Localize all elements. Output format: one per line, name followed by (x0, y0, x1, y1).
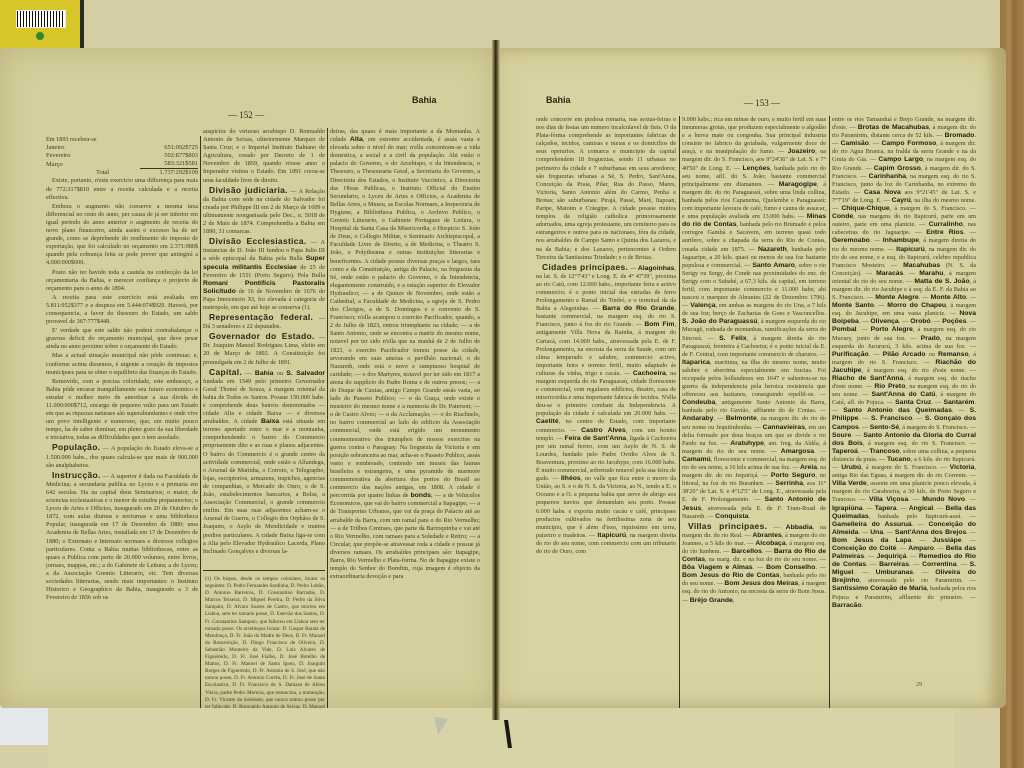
page-number-right: — 153 — (744, 98, 780, 108)
left-col-2: auspicios do virtuoso arcebispo D. Romua… (203, 128, 325, 570)
text-run: . — (919, 294, 931, 301)
text-run: . — (931, 318, 943, 325)
section-populacao: População. — A população do Estado eleva… (46, 443, 198, 469)
place-name: Matta de S. João (914, 278, 969, 285)
text-run: , banhada pelo Itapicurú-assú. — (869, 513, 976, 520)
section-representacao: Representação federal. — Dá 3 senadores … (203, 313, 325, 331)
place-name: Itaparica (682, 359, 710, 366)
place-name: Olivença (870, 318, 898, 325)
text-run: ou (926, 351, 938, 358)
text-run: . — (896, 545, 908, 552)
place-name: Gamelleira do Assuruá (832, 521, 912, 528)
place-name: Cannavieiras (763, 424, 805, 431)
place-name: S. Felix (719, 335, 746, 342)
place-name: Santa Cruz (895, 399, 931, 406)
place-name: Conceição do Coité (832, 545, 896, 552)
left-page: — 152 — Bahia Em 1893 recebeu-se Janeiro… (0, 48, 496, 708)
place-name: Maragogipe (779, 181, 817, 188)
place-name: Urubú (841, 464, 861, 471)
place-name: Itapicurú (896, 246, 925, 253)
place-name: Macahubas (903, 262, 940, 269)
text-run: . — (857, 326, 871, 333)
place-name: Itapicurú (597, 532, 626, 539)
text-run: , á margem esq. do rio d'este nome. — (861, 367, 976, 374)
paragraph: 9.000 habs.; rica em minas de ouro, e mu… (682, 116, 826, 521)
place-name: Monte Santo (832, 302, 874, 309)
section-instrucao: Instrucção. — A superior é dada na Facul… (46, 471, 198, 603)
text-run: . — (753, 564, 767, 571)
text-run: . — (858, 529, 870, 536)
text-run: . — (962, 537, 976, 544)
text-run: . — (966, 529, 976, 536)
place-name: Conquista (715, 513, 748, 520)
place-name: Belmonte (726, 415, 757, 422)
place-name: Nazareth (758, 246, 787, 253)
text-run: , na marg. dir. e na foz do rio do seu n… (705, 556, 826, 563)
place-name: Amargosa (781, 448, 814, 455)
place-name: Mundo Novo (922, 496, 965, 503)
text-run: . — (858, 415, 871, 422)
right-col-1: onde concorre em piedosa romaria, nas se… (536, 116, 676, 708)
place-name: Pombal (832, 326, 857, 333)
place-name: Joazeiro (788, 148, 816, 155)
section-title: Instrucção. (52, 470, 101, 480)
column-rule (327, 128, 328, 708)
place-name: Monte Alegre (875, 294, 918, 301)
text-run: . — (934, 545, 946, 552)
place-name: Curralinho (929, 221, 963, 228)
place-name: Castro Alves (581, 427, 626, 434)
text-run: . — (863, 505, 875, 512)
place-name: Campo Largo (878, 156, 923, 163)
table-row: Fevereiro502:877$803 (46, 152, 198, 160)
paragraph: Embora o augmento não conserve a mesma t… (46, 203, 198, 268)
text-run: . — (858, 448, 869, 455)
place-name: Sant'Anna do Catú (872, 391, 936, 398)
text-run: . — (899, 318, 911, 325)
text-run: . — (866, 561, 879, 568)
place-name: Ilhéos (561, 475, 581, 482)
place-name: Barreiras (879, 561, 909, 568)
right-col-3: entre os rios Tamanduá e Brejo Grande, n… (832, 116, 976, 708)
text-run: . — (903, 270, 919, 277)
place-name: Bom Conselho (766, 564, 815, 571)
place-name: Monte Alto (931, 294, 966, 301)
table-row: Janeiro651:092$725 (46, 144, 198, 152)
text-run: . — (911, 537, 932, 544)
place-name: Sento-Sé (870, 424, 899, 431)
place-name: Conde (832, 213, 853, 220)
place-name: Capim Grosso (874, 165, 921, 172)
place-name: Angical (909, 505, 934, 512)
text-run: . — (859, 424, 870, 431)
right-page: Bahia — 153 — onde concorre em piedosa r… (496, 48, 1006, 708)
place-name: Jussiápe (932, 537, 961, 544)
place-name: Victoria (950, 464, 975, 471)
place-name: Pilão Arcado (883, 351, 926, 358)
text-run: . — (912, 415, 925, 422)
place-name: Entre Rios (926, 229, 963, 236)
place-name: Chique-Chique (841, 205, 889, 212)
place-name: Casa Nova (864, 189, 901, 196)
text-run: . — (952, 407, 970, 414)
place-name: Areia (800, 464, 817, 471)
place-name: Brotas de Macahubas (858, 124, 929, 131)
section-governador: Governador do Estado. — Dr. Joaquim Mano… (203, 332, 325, 366)
section-cidades: Cidades principaes. — Alagoinhas, na lat… (536, 263, 676, 556)
paragraph: onde concorre em piedosa romaria, nas se… (536, 116, 676, 262)
place-name: Cayrú (892, 197, 911, 204)
text-run: . — (851, 432, 863, 439)
place-name: Maracás (876, 270, 903, 277)
place-name: Poções (942, 318, 966, 325)
text-run: , na margem esquerda do rio Paraguassú, … (536, 370, 676, 417)
place-name: Taperoá (832, 448, 858, 455)
place-name: Caetité (536, 418, 559, 425)
place-name: Villa Verde (832, 480, 867, 487)
revenue-intro: Em 1893 recebeu-se (46, 136, 198, 144)
place-name: Tucano (887, 456, 911, 463)
text-run: . — (931, 399, 943, 406)
text-run: , atravessada pelo rio Paramirim. — (860, 577, 976, 584)
place-name: Villa Viçosa (869, 496, 908, 503)
place-name: Tapera (875, 505, 897, 512)
text-run: , antigamente Villa Nova da Rainha, á ma… (536, 321, 676, 377)
left-col-1: Em 1893 recebeu-se Janeiro651:092$725 Fe… (46, 136, 198, 708)
text-run: . — (963, 229, 976, 236)
text-run: , no valle que fica entre o morro da Uni… (536, 475, 676, 539)
barcode-icon (16, 10, 66, 28)
column-rule (200, 136, 201, 708)
place-name: Trancoso (869, 448, 899, 455)
place-name: Alagoinhas (638, 265, 675, 272)
place-name: Morro do Chapeu (887, 302, 946, 309)
place-name: Bom Jesus dos Meiras (724, 580, 798, 587)
running-head-left: Bahia (412, 95, 437, 105)
signature-mark: 29 (916, 682, 922, 688)
text-run: , á margem do S. Francisco. — (861, 464, 949, 471)
place-name: Barcellos (731, 548, 762, 555)
place-name: Bôa Viagem e Almas (682, 564, 753, 571)
text-run: . — (965, 496, 976, 503)
text-run: , á margem esq. do rio S. Francisco. — (863, 440, 976, 447)
text-run: . — (966, 318, 976, 325)
place-name: Abrantes (752, 532, 781, 539)
place-name: Alcobaça (755, 540, 785, 547)
text-run: . — (814, 448, 826, 455)
place-name: Geremoabo (832, 237, 870, 244)
table-total-row: Total1.737:292$109 (46, 169, 198, 178)
place-name: Bom Jesus da Lapa (832, 537, 911, 544)
place-name: Porto Seguro (771, 472, 815, 479)
place-name: Marahu (919, 270, 943, 277)
text-run: . — (913, 569, 935, 576)
text-run: . — (859, 318, 871, 325)
place-name: Santissimo Coração de Maria (832, 585, 927, 592)
text-run: . — (864, 553, 876, 560)
text-run: . — (713, 415, 726, 422)
column-rule (679, 116, 680, 708)
text-run: , atravessada pela E. de F. Tram-Road de… (682, 505, 826, 520)
place-name: Brêjo Grande (690, 597, 733, 604)
table-row: Março583:321$581 (46, 160, 198, 169)
place-name: Feira de Sant'Anna (564, 435, 626, 442)
text-run: — (767, 524, 785, 531)
text-run: . (861, 602, 863, 609)
place-name: Orobó (910, 318, 930, 325)
place-name: Andaraby (682, 415, 713, 422)
text-run: . — (966, 294, 976, 301)
text-run: , á margem do S. Francisco. — (890, 205, 976, 212)
place-name: Camamú (682, 456, 711, 463)
text-run: . — (956, 561, 969, 568)
place-name: Una (870, 529, 883, 536)
text-run: . — (854, 569, 876, 576)
place-name: Aratuhype (730, 440, 764, 447)
running-head-right: Bahia (546, 95, 571, 105)
place-name: Bromado (945, 132, 975, 139)
section-capital: Capital. — Bahia ou S. Salvador fundada … (203, 368, 325, 556)
place-name: Prado (921, 335, 940, 342)
page-number-left: — 152 — (228, 110, 264, 120)
place-name: Campo Formoso (881, 140, 936, 147)
revenue-table: Janeiro651:092$725 Fevereiro502:877$803 … (46, 144, 198, 177)
place-name: Purificação (832, 351, 869, 358)
section-title: População. (52, 442, 100, 452)
place-name: Santo Antonio das Queimadas (843, 407, 952, 414)
text-run: . — (906, 553, 918, 560)
text-run: . — (883, 529, 895, 536)
place-name: Valença (690, 302, 715, 309)
paragraph: E' verdade que este saldo não poderá con… (46, 327, 198, 351)
text-run: , (733, 597, 735, 604)
text-run: . — (762, 548, 774, 555)
place-name: Porto Alegre (871, 326, 913, 333)
place-name: Barra do Rio Grande (602, 305, 674, 312)
text-run: . — (869, 140, 882, 147)
paragraph: Posto não ter havido toda a cautela na c… (46, 269, 198, 293)
paragraph: entre os rios Tamanduá e Brejo Grande, n… (832, 116, 976, 610)
place-name: Amparo (908, 545, 934, 552)
text-run: . — (874, 302, 887, 309)
place-name: Serrinha (775, 480, 803, 487)
place-name: Sant'Anna dos Brejos (895, 529, 966, 536)
footnote: (1) Os bispos, desde os tempos coloniaes… (205, 576, 325, 708)
paragraph: deiras, das quaes é mais importante a da… (330, 128, 480, 581)
text-run: . — (897, 505, 909, 512)
place-name: Umburanas (876, 569, 913, 576)
place-name: Barracão (832, 602, 861, 609)
text-run: — (628, 265, 638, 272)
place-name: Bom Jesus do Rio de Contas (682, 572, 780, 579)
place-name: Santo Amaro (752, 262, 795, 269)
left-col-3: deiras, das quaes é mais importante a da… (330, 128, 480, 708)
text-run: . — (815, 564, 826, 571)
green-dot-icon (36, 32, 44, 40)
text-run: . — (912, 521, 929, 528)
place-name: S. João do Paraguassú (682, 318, 758, 325)
place-name: Igrapiúna (832, 505, 863, 512)
place-name: Rio Preto (874, 383, 905, 390)
place-name: Correntina (922, 561, 956, 568)
section-judiciaria: Divisão judiciaria. — A Relação da Bahia… (203, 186, 325, 237)
place-name: Carinhanha (869, 173, 906, 180)
place-name: Soure (832, 432, 851, 439)
text-run: , á margem do S. Francisco. — (899, 424, 976, 431)
right-col-2: 9.000 habs.; rica em minas de ouro, e mu… (682, 116, 826, 708)
place-name: Riacho de Sant'Anna (832, 375, 903, 382)
text-run: . — (870, 237, 883, 244)
text-run: . — (933, 505, 945, 512)
place-name: Lençóes (743, 165, 771, 172)
text-run: . — (908, 496, 922, 503)
section-villas: Villas principaes. — Abbadia, na margem … (682, 522, 826, 605)
text-run: . — (869, 351, 883, 358)
place-name: Cachoeira (633, 370, 666, 377)
text-run: . — (909, 561, 922, 568)
place-name: S. Francisco (871, 415, 912, 422)
place-name: Bom Fim (644, 321, 674, 328)
place-name: Jequiriçá (877, 553, 907, 560)
paragraph: A receita para este exercicio está avali… (46, 294, 198, 326)
place-name: Abbadia (786, 524, 813, 531)
place-name: Santarém (943, 399, 974, 406)
paragraph: Existe, portanto, n'este exercicio uma d… (46, 177, 198, 201)
paragraph: auspicios do virtuoso arcebispo D. Romua… (203, 128, 325, 185)
paragraph: Removido, com a precisa coloridade, este… (46, 378, 198, 443)
place-name: Remanso (938, 351, 969, 358)
place-name: Condeuba (682, 399, 715, 406)
text-run: . (748, 513, 750, 520)
footnote-rule (203, 570, 325, 571)
open-book: — 152 — Bahia Em 1893 recebeu-se Janeiro… (0, 40, 1010, 712)
section-ecclesiastica: Divisão Ecclesiastica. — A instancias de… (203, 237, 325, 312)
book-gutter (492, 40, 500, 720)
column-rule (829, 116, 830, 708)
place-name: Camisão (841, 140, 869, 147)
place-name: Inhambupe (883, 237, 919, 244)
paragraph: Mas a actual situação municipal não póde… (46, 352, 198, 376)
